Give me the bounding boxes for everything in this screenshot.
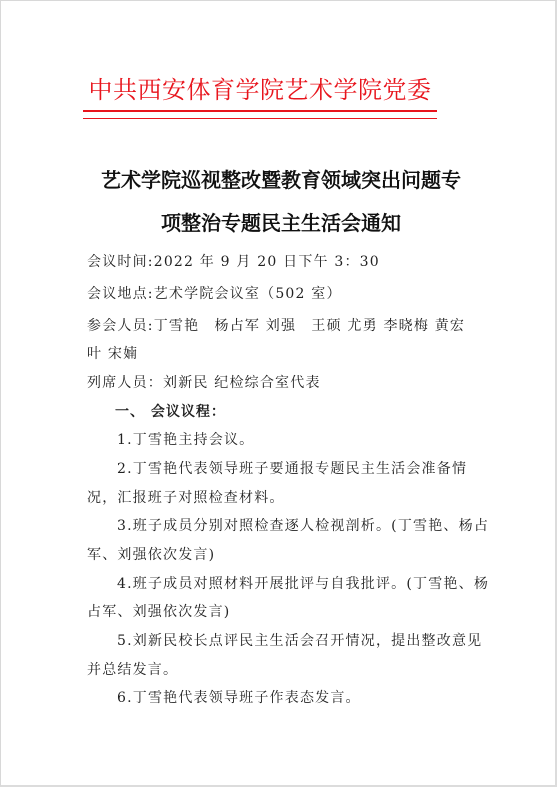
meeting-observers: 列席人员：刘新民 纪检综合室代表 — [87, 372, 321, 392]
agenda-item: 3.班子成员分别对照检查逐人检视剖析。(丁雪艳、杨占 — [117, 515, 489, 535]
header-divider-thick — [83, 110, 437, 112]
agenda-item-continued: 占军、刘强依次发言) — [87, 601, 230, 621]
agenda-heading: 一、 会议议程： — [115, 401, 226, 421]
organization-header: 中共西安体育学院艺术学院党委 — [83, 75, 437, 105]
meeting-attendees: 参会人员:丁雪艳 杨占军 刘强 王硕 尤勇 李晓梅 黄宏 — [87, 315, 465, 335]
agenda-item: 4.班子成员对照材料开展批评与自我批评。(丁雪艳、杨 — [117, 573, 489, 593]
header-divider-thin — [83, 118, 437, 119]
agenda-item-continued: 军、刘强依次发言) — [87, 544, 215, 564]
document-page: 中共西安体育学院艺术学院党委 艺术学院巡视整改暨教育领域突出问题专 项整治专题民… — [0, 0, 557, 787]
agenda-item: 6.丁雪艳代表领导班子作表态发言。 — [117, 687, 361, 707]
meeting-attendees-continued: 叶 宋婻 — [87, 343, 138, 363]
meeting-time: 会议时间:2022 年 9 月 20 日下午 3：30 — [87, 251, 380, 271]
meeting-location: 会议地点:艺术学院会议室（502 室） — [87, 283, 342, 303]
document-title-line-2: 项整治专题民主生活会通知 — [61, 207, 501, 236]
agenda-item-continued: 况，汇报班子对照检查材料。 — [87, 487, 285, 507]
agenda-item-continued: 并总结发言。 — [87, 659, 178, 679]
document-title-line-1: 艺术学院巡视整改暨教育领域突出问题专 — [61, 164, 501, 193]
agenda-item: 5.刘新民校长点评民主生活会召开情况，提出整改意见 — [117, 630, 482, 650]
agenda-item: 1.丁雪艳主持会议。 — [117, 429, 254, 449]
agenda-item: 2.丁雪艳代表领导班子要通报专题民主生活会准备情 — [117, 458, 467, 478]
